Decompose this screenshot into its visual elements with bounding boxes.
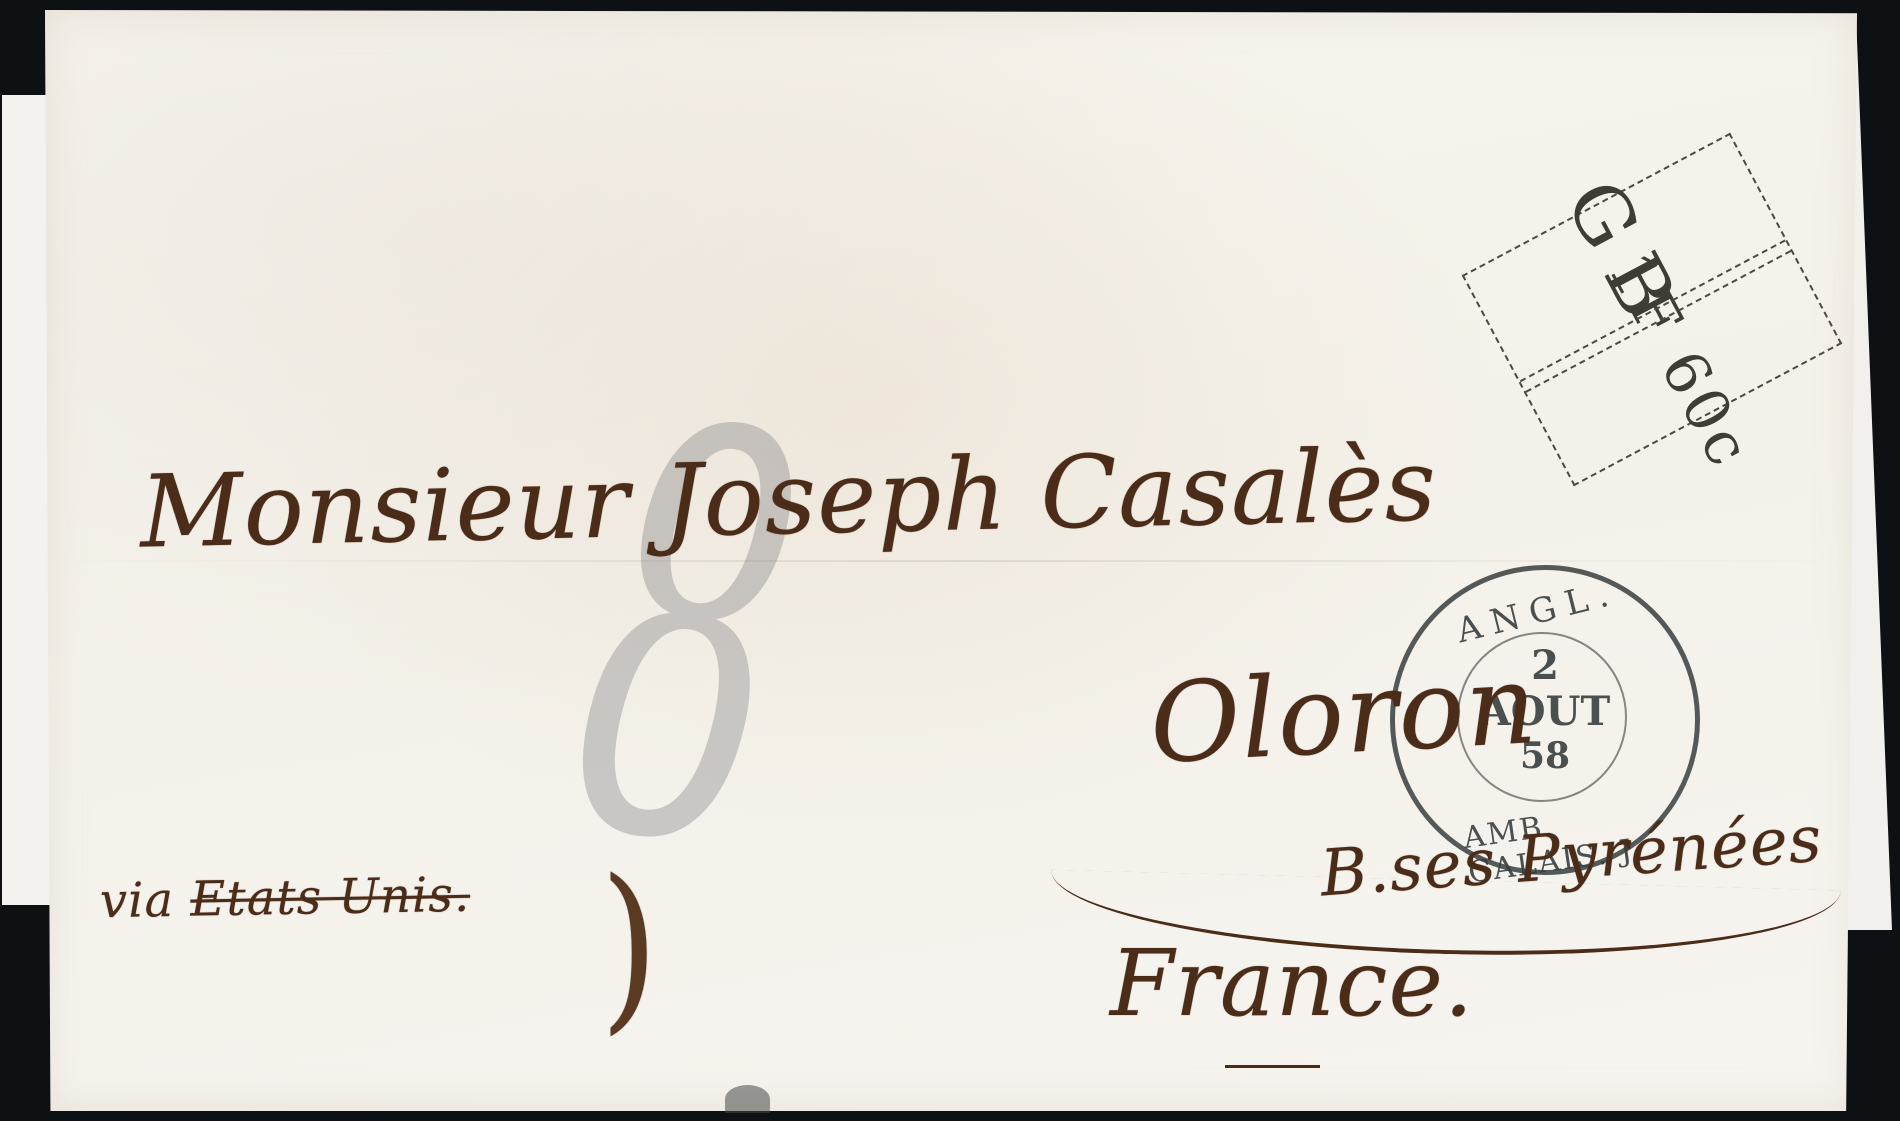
seal-remnant bbox=[725, 1085, 770, 1113]
route-prefix: via bbox=[100, 872, 175, 929]
address-city: Oloron bbox=[1147, 640, 1540, 788]
address-country: France. bbox=[1110, 930, 1474, 1037]
route-brace-mark: ) bbox=[600, 843, 660, 1052]
country-underline bbox=[1225, 1065, 1320, 1068]
route-struck-text: Etats Unis. bbox=[190, 867, 471, 928]
route-instruction: via Etats Unis. bbox=[100, 867, 471, 929]
